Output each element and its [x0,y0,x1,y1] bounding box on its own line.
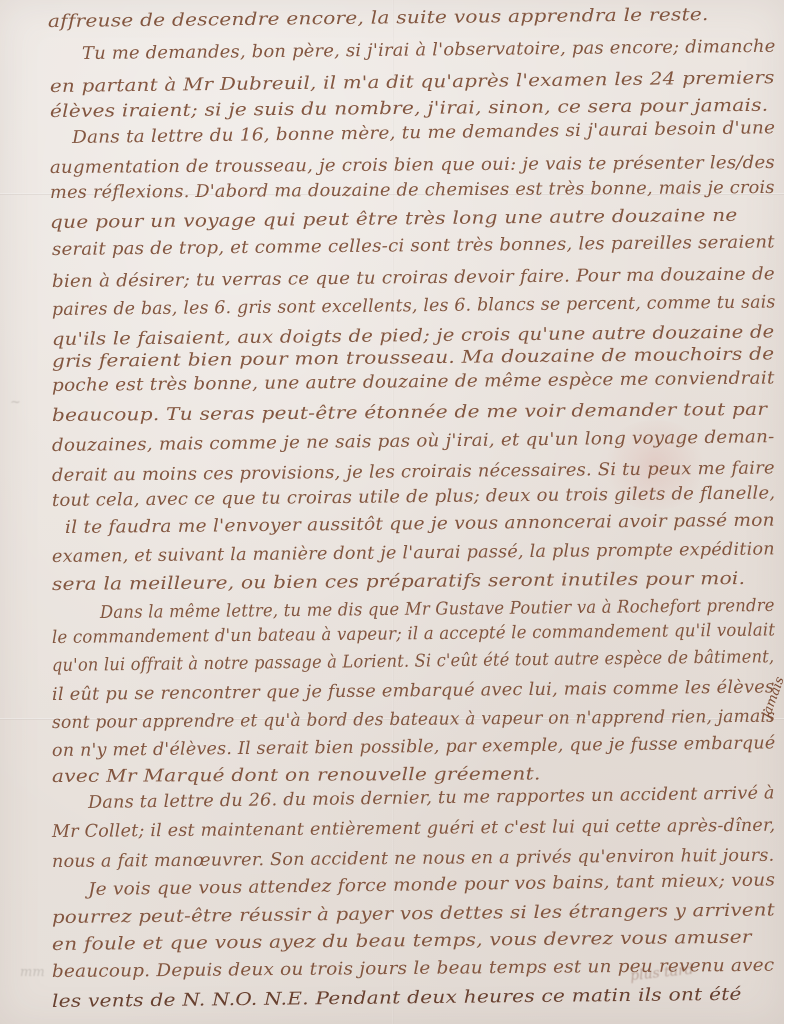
bleed-through-text: mm [20,965,45,980]
letter-line: pourrez peut-être réussir à payer vos de… [52,900,775,928]
letter-line: en partant à Mr Dubreuil, il m'a dit qu'… [50,68,775,97]
letter-line: élèves iraient; si je suis du nombre, j'… [50,96,769,122]
letter-line: serait pas de trop, et comme celles-ci s… [52,232,775,260]
letter-line: Dans ta lettre du 16, bonne mère, tu me … [72,118,775,148]
letter-line: nous a fait manœuvrer. Son accident ne n… [52,846,775,872]
letter-line: il eût pu se rencontrer que je fusse emb… [52,677,775,705]
letter-line: Dans ta lettre du 26. du mois dernier, t… [88,783,775,813]
letter-line: poche est très bonne, une autre douzaine… [52,368,775,396]
letter-page: ~ mm plus tard affreuse de descendre enc… [0,0,784,1024]
letter-line: Je vois que vous attendez force monde po… [88,870,775,900]
letter-line: Tu me demandes, bon père, si j'irai à l'… [82,37,776,64]
letter-line: mes réflexions. D'abord ma douzaine de c… [50,178,775,203]
letter-line: sont pour apprendre et qu'à bord des bat… [52,707,775,733]
letter-line: qu'on lui offrait à notre passage à Lori… [52,647,774,676]
letter-line: que pour un voyage qui peut être très lo… [50,206,738,233]
letter-line: Dans la même lettre, tu me dis que Mr Gu… [100,596,775,623]
paper-fold-crease [392,0,394,1024]
letter-line: bien à désirer; tu verras ce que tu croi… [52,264,775,292]
letter-line: Mr Collet; il est maintenant entièrement… [52,816,776,842]
letter-line: sera la meilleure, ou bien ces préparati… [52,569,745,595]
letter-line: affreuse de descendre encore, la suite v… [48,5,709,32]
letter-line: examen, et suivant la manière dont je l'… [52,539,775,567]
letter-line: le commandement d'un bateau à vapeur; il… [52,620,775,648]
bleed-through-text: ~ [10,395,21,410]
letter-line: avec Mr Marqué dont on renouvelle gréeme… [52,764,541,787]
letter-line: on n'y met d'élèves. Il serait bien poss… [52,733,776,761]
letter-line: les vents de N. N.O. N.E. Pendant deux h… [52,985,742,1012]
letter-line: augmentation de trousseau, je crois bien… [50,153,775,178]
letter-line: en foule et que vous ayez du beau temps,… [52,928,752,955]
letter-line: il te faudra me l'envoyer aussitôt que j… [65,511,775,538]
letter-line: paires de bas, les 6. gris sont excellen… [52,292,776,320]
